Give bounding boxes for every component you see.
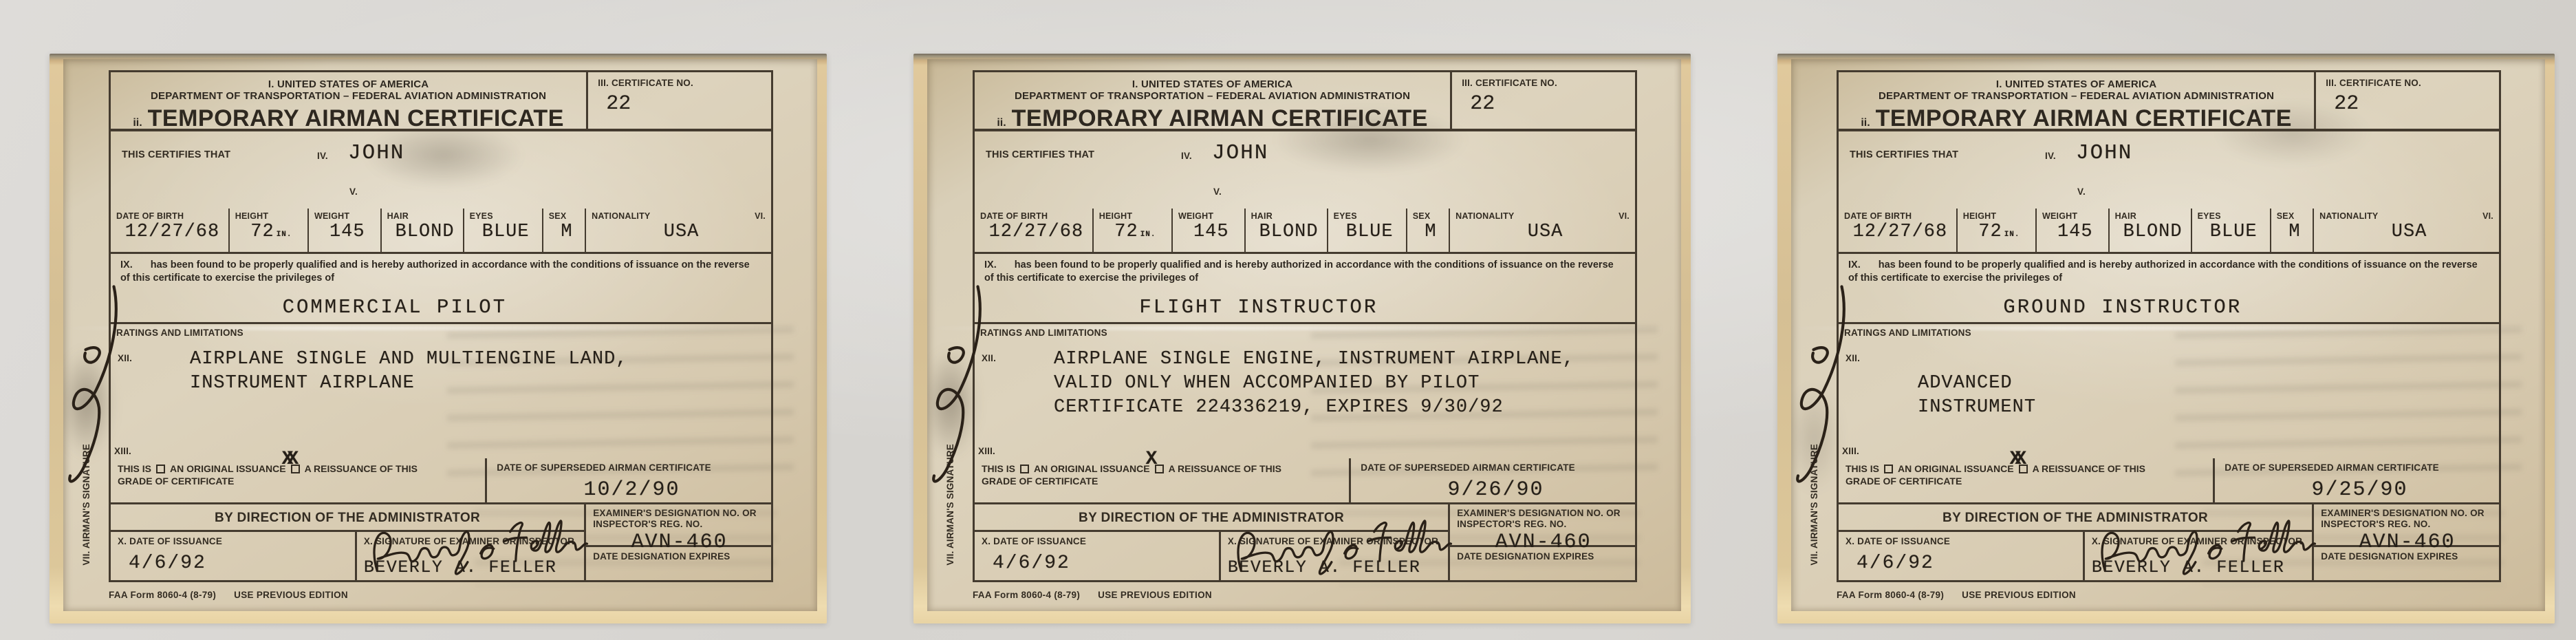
dob-value: 12/27/68 [116,222,228,242]
eyes-value: BLUE [1334,222,1406,242]
middle-name-numeral: V. [349,186,358,197]
administration-row: BY DIRECTION OF THE ADMINISTRATOR X. DAT… [111,502,771,580]
examiner-designation-cell: EXAMINER'S DESIGNATION NO. OR INSPECTOR'… [1450,504,1635,547]
header-country: I. UNITED STATES OF AMERICA [111,78,586,90]
nationality-cell: NATIONALITY VI. USA [1450,209,1635,252]
footer-note: USE PREVIOUS EDITION [1962,590,2076,600]
dob-value: 12/27/68 [1844,222,1956,242]
designation-expires-cell: DATE DESIGNATION EXPIRES [1450,547,1635,580]
certificate-no-label: III. CERTIFICATE NO. [598,78,771,88]
examiner-signature-cell: X. SIGNATURE OF EXAMINER OR INSPECTOR BE… [2085,532,2312,580]
nationality-value: USA [1455,222,1635,242]
header-titles: I. UNITED STATES OF AMERICA DEPARTMENT O… [111,72,586,129]
certificate-no-label: III. CERTIFICATE NO. [2326,78,2499,88]
form-footer: FAA Form 8060-4 (8-79)USE PREVIOUS EDITI… [973,590,1230,600]
superseded-label: DATE OF SUPERSEDED AIRMAN CERTIFICATE [2225,462,2499,473]
reissuance-label: A REISSUANCE OF THIS [305,463,418,474]
ratings-label: RATINGS AND LIMITATIONS [1844,328,1971,338]
certificate-title: TEMPORARY AIRMAN CERTIFICATE [1876,105,2292,131]
nationality-label: NATIONALITY [2319,211,2499,221]
form-footer: FAA Form 8060-4 (8-79)USE PREVIOUS EDITI… [1837,590,2094,600]
personal-data-table: DATE OF BIRTH 12/27/68 HEIGHT 72IN. WEIG… [1839,209,2499,254]
weight-value: 145 [314,222,380,242]
weight-label: WEIGHT [2042,211,2108,221]
original-issuance-label: AN ORIGINAL ISSUANCE [1898,463,2014,474]
issuance-row: THIS ISAN ORIGINAL ISSUANCEXXA REISSUANC… [1839,458,2499,502]
examiner-signature-icon [2092,504,2323,586]
privileges-title: COMMERCIAL PILOT [164,296,626,319]
header-titles: I. UNITED STATES OF AMERICA DEPARTMENT O… [1839,72,2314,129]
this-is-label: THIS IS [118,463,151,474]
ratings-row: RATINGS AND LIMITATIONS XII. AIRPLANE SI… [111,324,771,458]
weight-cell: WEIGHT 145 [1173,209,1246,252]
ratings-row: RATINGS AND LIMITATIONS XII. AIRPLANE SI… [975,324,1635,458]
nationality-cell: NATIONALITY VI. USA [586,209,771,252]
hair-value: BLOND [2115,222,2191,242]
administration-right: EXAMINER'S DESIGNATION NO. OR INSPECTOR'… [586,504,771,580]
hair-cell: HAIR BLOND [382,209,464,252]
sex-cell: SEX M [1407,209,1450,252]
certificate-mat-opening: VII. AIRMAN'S SIGNATURE I. UNITED STATES… [50,54,827,623]
certificate-form: I. UNITED STATES OF AMERICA DEPARTMENT O… [109,70,773,582]
authorization-paragraph: IX.has been found to be properly qualifi… [984,259,1619,285]
height-unit: IN. [277,231,292,239]
grade-label: GRADE OF CERTIFICATE [982,476,1098,487]
examiner-signature [2092,504,2323,586]
nationality-value: USA [592,222,771,242]
designation-expires-cell: DATE DESIGNATION EXPIRES [2314,547,2499,580]
dob-label: DATE OF BIRTH [116,211,228,221]
designation-expires-label: DATE DESIGNATION EXPIRES [1457,551,1635,562]
examiner-designation-cell: EXAMINER'S DESIGNATION NO. OR INSPECTOR'… [586,504,771,547]
nationality-label: NATIONALITY [592,211,771,221]
this-is-label: THIS IS [1846,463,1879,474]
administration-left: BY DIRECTION OF THE ADMINISTRATOR X. DAT… [975,504,1450,580]
ratings-text: AIRPLANE SINGLE ENGINE, INSTRUMENT AIRPL… [1054,348,1574,420]
date-of-issuance-value: 4/6/92 [993,553,1070,574]
certifies-row: THIS CERTIFIES THAT IV. JOHN V. [975,131,1635,209]
height-label: HEIGHT [235,211,307,221]
certifies-label: THIS CERTIFIES THAT [122,149,230,160]
date-of-issuance-value: 4/6/92 [1857,553,1934,574]
issuance-type-cell: THIS ISAN ORIGINAL ISSUANCEXXA REISSUANC… [1839,458,2215,502]
weight-value: 145 [2042,222,2108,242]
height-number: 72 [1978,222,2002,242]
superseded-cell: DATE OF SUPERSEDED AIRMAN CERTIFICATE 10… [487,458,771,502]
name-numeral: IV. [317,151,328,161]
hair-value: BLOND [387,222,463,242]
issuance-type-cell: THIS ISAN ORIGINAL ISSUANCEXA REISSUANCE… [975,458,1351,502]
certificate-paper: VII. AIRMAN'S SIGNATURE I. UNITED STATES… [63,59,817,611]
reissuance-checkbox-wrap: XX [2014,462,2033,475]
height-value: 72IN. [1099,222,1171,242]
certificate-no-value: 22 [1470,92,1635,116]
original-issuance-label: AN ORIGINAL ISSUANCE [1034,463,1150,474]
weight-label: WEIGHT [314,211,380,221]
privileges-row: IX.has been found to be properly qualifi… [1839,254,2499,324]
designation-expires-cell: DATE DESIGNATION EXPIRES [586,547,771,580]
eyes-label: EYES [1334,211,1406,221]
header-country: I. UNITED STATES OF AMERICA [1839,78,2314,90]
certificates-row: VII. AIRMAN'S SIGNATURE I. UNITED STATES… [50,54,2555,623]
header-row: I. UNITED STATES OF AMERICA DEPARTMENT O… [1839,72,2499,131]
certificate-title-row: ii.TEMPORARY AIRMAN CERTIFICATE [111,105,586,132]
eyes-label: EYES [2198,211,2270,221]
ratings-label: RATINGS AND LIMITATIONS [116,328,243,338]
reissuance-x-mark: XX [282,454,293,466]
nationality-value: USA [2319,222,2499,242]
superseded-date-value: 9/25/90 [2312,478,2408,502]
superseded-label: DATE OF SUPERSEDED AIRMAN CERTIFICATE [1361,462,1635,473]
height-label: HEIGHT [1099,211,1171,221]
holder-name: JOHN [1212,141,1268,165]
ratings-label: RATINGS AND LIMITATIONS [980,328,1107,338]
original-issuance-checkbox [1884,465,1893,473]
issuance-numeral: XIII. [978,446,995,456]
weight-cell: WEIGHT 145 [309,209,382,252]
authorization-numeral: IX. [1848,259,1861,270]
height-unit: IN. [2004,231,2020,239]
certificate-paper: VII. AIRMAN'S SIGNATURE I. UNITED STATES… [927,59,1681,611]
height-label: HEIGHT [1963,211,2035,221]
dob-label: DATE OF BIRTH [1844,211,1956,221]
designation-expires-label: DATE DESIGNATION EXPIRES [593,551,771,562]
certificate-mat-opening: VII. AIRMAN'S SIGNATURE I. UNITED STATES… [1777,54,2555,623]
weight-label: WEIGHT [1178,211,1244,221]
form-number: FAA Form 8060-4 (8-79) [1837,590,1944,600]
authorization-paragraph: IX.has been found to be properly qualifi… [120,259,755,285]
nationality-label: NATIONALITY [1455,211,1635,221]
examiner-signature-cell: X. SIGNATURE OF EXAMINER OR INSPECTOR BE… [357,532,584,580]
name-numeral: IV. [2045,151,2056,161]
reissuance-x-mark: XX [2010,454,2021,466]
examiner-signature [365,504,595,586]
eyes-cell: EYES BLUE [464,209,543,252]
certifies-row: THIS CERTIFIES THAT IV. JOHN V. [111,131,771,209]
eyes-cell: EYES BLUE [1328,209,1407,252]
certificate-no-value: 22 [606,92,771,116]
form-footer: FAA Form 8060-4 (8-79)USE PREVIOUS EDITI… [109,590,366,600]
weight-value: 145 [1178,222,1244,242]
name-numeral: IV. [1181,151,1192,161]
hair-label: HAIR [1251,211,1327,221]
examiner-designation-cell: EXAMINER'S DESIGNATION NO. OR INSPECTOR'… [2314,504,2499,547]
certificate-no-label: III. CERTIFICATE NO. [1462,78,1635,88]
reissuance-checkbox [1155,465,1164,473]
middle-name-numeral: V. [2077,186,2086,197]
original-issuance-checkbox [1020,465,1029,473]
authorization-paragraph: IX.has been found to be properly qualifi… [1848,259,2483,285]
issuance-cells: X. DATE OF ISSUANCE 4/6/92 X. SIGNATURE … [1839,532,2312,580]
dob-cell: DATE OF BIRTH 12/27/68 [975,209,1094,252]
administration-left: BY DIRECTION OF THE ADMINISTRATOR X. DAT… [111,504,586,580]
height-cell: HEIGHT 72IN. [1094,209,1173,252]
footer-note: USE PREVIOUS EDITION [1098,590,1212,600]
eyes-label: EYES [470,211,542,221]
authorization-numeral: IX. [984,259,997,270]
dob-cell: DATE OF BIRTH 12/27/68 [111,209,230,252]
hair-value: BLOND [1251,222,1327,242]
privileges-title: FLIGHT INSTRUCTOR [1028,296,1490,319]
height-cell: HEIGHT 72IN. [1958,209,2037,252]
header-department: DEPARTMENT OF TRANSPORTATION – FEDERAL A… [975,90,1450,102]
original-issuance-checkbox [156,465,165,473]
nationality-numeral: VI. [1619,211,1630,221]
issuance-row: THIS ISAN ORIGINAL ISSUANCEXA REISSUANCE… [975,458,1635,502]
examiner-signature-cell: X. SIGNATURE OF EXAMINER OR INSPECTOR BE… [1221,532,1448,580]
height-value: 72IN. [1963,222,2035,242]
title-numeral: ii. [1861,117,1870,129]
certificate-title: TEMPORARY AIRMAN CERTIFICATE [148,105,564,131]
authorization-text: has been found to be properly qualified … [120,259,750,284]
height-value: 72IN. [235,222,307,242]
ratings-row: RATINGS AND LIMITATIONS XII. ADVANCED IN… [1839,324,2499,458]
eyes-value: BLUE [470,222,542,242]
nationality-cell: NATIONALITY VI. USA [2314,209,2499,252]
reissuance-checkbox-wrap: XX [286,462,305,475]
superseded-date-value: 9/26/90 [1448,478,1544,502]
hair-cell: HAIR BLOND [1246,209,1328,252]
header-country: I. UNITED STATES OF AMERICA [975,78,1450,90]
reissuance-label: A REISSUANCE OF THIS [2033,463,2145,474]
examiner-signature-icon [1229,504,1459,586]
certifies-row: THIS CERTIFIES THAT IV. JOHN V. [1839,131,2499,209]
issuance-row: THIS ISAN ORIGINAL ISSUANCEXXA REISSUANC… [111,458,771,502]
weight-cell: WEIGHT 145 [2037,209,2110,252]
header-department: DEPARTMENT OF TRANSPORTATION – FEDERAL A… [111,90,586,102]
height-number: 72 [1114,222,1138,242]
sex-label: SEX [549,211,585,221]
eyes-value: BLUE [2198,222,2270,242]
privileges-title: GROUND INSTRUCTOR [1892,296,2354,319]
issuance-cells: X. DATE OF ISSUANCE 4/6/92 X. SIGNATURE … [111,532,584,580]
certificate-mat-opening: VII. AIRMAN'S SIGNATURE I. UNITED STATES… [913,54,1691,623]
privileges-row: IX.has been found to be properly qualifi… [975,254,1635,324]
photo-of-three-certificates: { "shared": { "header": { "line1": "I. U… [0,0,2576,640]
sex-value: M [2277,222,2313,242]
administration-right: EXAMINER'S DESIGNATION NO. OR INSPECTOR'… [2314,504,2499,580]
sex-label: SEX [1413,211,1449,221]
certificate-no-value: 22 [2334,92,2499,116]
dob-cell: DATE OF BIRTH 12/27/68 [1839,209,1958,252]
original-issuance-label: AN ORIGINAL ISSUANCE [170,463,286,474]
certificate-title-row: ii.TEMPORARY AIRMAN CERTIFICATE [1839,105,2314,132]
holder-name: JOHN [2076,141,2132,165]
date-of-issuance-label: X. DATE OF ISSUANCE [982,536,1219,546]
certificate-form: I. UNITED STATES OF AMERICA DEPARTMENT O… [1837,70,2501,582]
superseded-cell: DATE OF SUPERSEDED AIRMAN CERTIFICATE 9/… [1351,458,1635,502]
header-row: I. UNITED STATES OF AMERICA DEPARTMENT O… [111,72,771,131]
privileges-row: IX.has been found to be properly qualifi… [111,254,771,324]
this-is-label: THIS IS [982,463,1015,474]
issuance-type-cell: THIS ISAN ORIGINAL ISSUANCEXXA REISSUANC… [111,458,487,502]
examiner-designation-label: EXAMINER'S DESIGNATION NO. OR INSPECTOR'… [2321,508,2493,530]
administration-left: BY DIRECTION OF THE ADMINISTRATOR X. DAT… [1839,504,2314,580]
ratings-text: AIRPLANE SINGLE AND MULTIENGINE LAND, IN… [190,348,628,396]
title-numeral: ii. [133,117,142,129]
nationality-numeral: VI. [2482,211,2493,221]
ratings-text: ADVANCED INSTRUMENT [1918,348,2036,420]
header-department: DEPARTMENT OF TRANSPORTATION – FEDERAL A… [1839,90,2314,102]
date-of-issuance-cell: X. DATE OF ISSUANCE 4/6/92 [111,532,357,580]
date-of-issuance-label: X. DATE OF ISSUANCE [118,536,355,546]
header-titles: I. UNITED STATES OF AMERICA DEPARTMENT O… [975,72,1450,129]
issuance-numeral: XIII. [114,446,131,456]
superseded-label: DATE OF SUPERSEDED AIRMAN CERTIFICATE [497,462,771,473]
date-of-issuance-cell: X. DATE OF ISSUANCE 4/6/92 [1839,532,2085,580]
issuance-cells: X. DATE OF ISSUANCE 4/6/92 X. SIGNATURE … [975,532,1448,580]
reissuance-checkbox-wrap: X [1150,462,1169,475]
date-of-issuance-cell: X. DATE OF ISSUANCE 4/6/92 [975,532,1221,580]
personal-data-table: DATE OF BIRTH 12/27/68 HEIGHT 72IN. WEIG… [111,209,771,254]
height-unit: IN. [1140,231,1156,239]
dob-value: 12/27/68 [980,222,1092,242]
header-row: I. UNITED STATES OF AMERICA DEPARTMENT O… [975,72,1635,131]
hair-label: HAIR [2115,211,2191,221]
sex-cell: SEX M [543,209,586,252]
footer-note: USE PREVIOUS EDITION [234,590,348,600]
administration-row: BY DIRECTION OF THE ADMINISTRATOR X. DAT… [975,502,1635,580]
certificate-title-row: ii.TEMPORARY AIRMAN CERTIFICATE [975,105,1450,132]
title-numeral: ii. [997,117,1006,129]
form-number: FAA Form 8060-4 (8-79) [109,590,216,600]
grade-label: GRADE OF CERTIFICATE [118,476,234,487]
certificate-no-cell: III. CERTIFICATE NO. 22 [586,72,771,129]
certifies-label: THIS CERTIFIES THAT [1850,149,1958,160]
certificate-no-cell: III. CERTIFICATE NO. 22 [2314,72,2499,129]
personal-data-table: DATE OF BIRTH 12/27/68 HEIGHT 72IN. WEIG… [975,209,1635,254]
date-of-issuance-value: 4/6/92 [129,553,206,574]
issuance-numeral: XIII. [1842,446,1859,456]
reissuance-x-mark: X [1146,454,1151,466]
authorization-numeral: IX. [120,259,133,270]
grade-label: GRADE OF CERTIFICATE [1846,476,1962,487]
reissuance-label: A REISSUANCE OF THIS [1169,463,1281,474]
examiner-signature-icon [365,504,595,586]
certificate-no-cell: III. CERTIFICATE NO. 22 [1450,72,1635,129]
authorization-text: has been found to be properly qualified … [984,259,1614,284]
certificate-title: TEMPORARY AIRMAN CERTIFICATE [1012,105,1428,131]
certificate-form: I. UNITED STATES OF AMERICA DEPARTMENT O… [973,70,1637,582]
height-number: 72 [250,222,274,242]
sex-label: SEX [2277,211,2313,221]
middle-name-numeral: V. [1213,186,1222,197]
authorization-text: has been found to be properly qualified … [1848,259,2478,284]
examiner-signature [1229,504,1459,586]
hair-label: HAIR [387,211,463,221]
dob-label: DATE OF BIRTH [980,211,1092,221]
examiner-designation-label: EXAMINER'S DESIGNATION NO. OR INSPECTOR'… [593,508,766,530]
superseded-cell: DATE OF SUPERSEDED AIRMAN CERTIFICATE 9/… [2215,458,2499,502]
sex-value: M [549,222,585,242]
sex-value: M [1413,222,1449,242]
certifies-label: THIS CERTIFIES THAT [986,149,1094,160]
sex-cell: SEX M [2271,209,2314,252]
eyes-cell: EYES BLUE [2192,209,2271,252]
form-number: FAA Form 8060-4 (8-79) [973,590,1080,600]
date-of-issuance-label: X. DATE OF ISSUANCE [1846,536,2083,546]
nationality-numeral: VI. [755,211,766,221]
designation-expires-label: DATE DESIGNATION EXPIRES [2321,551,2499,562]
holder-name: JOHN [348,141,404,165]
hair-cell: HAIR BLOND [2110,209,2192,252]
administration-right: EXAMINER'S DESIGNATION NO. OR INSPECTOR'… [1450,504,1635,580]
superseded-date-value: 10/2/90 [584,478,680,502]
examiner-designation-label: EXAMINER'S DESIGNATION NO. OR INSPECTOR'… [1457,508,1630,530]
height-cell: HEIGHT 72IN. [230,209,309,252]
certificate-paper: VII. AIRMAN'S SIGNATURE I. UNITED STATES… [1791,59,2545,611]
administration-row: BY DIRECTION OF THE ADMINISTRATOR X. DAT… [1839,502,2499,580]
